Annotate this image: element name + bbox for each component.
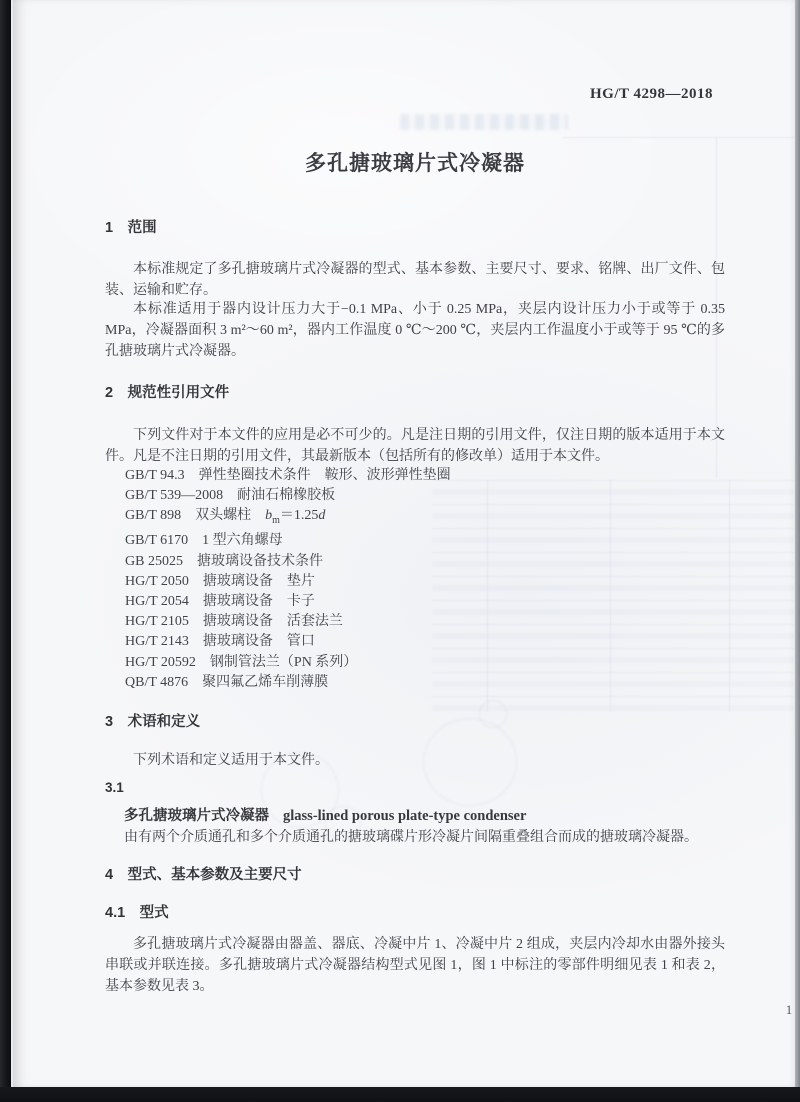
reference-item: GB/T 6170 1 型六角螺母: [125, 531, 745, 551]
section-1-heading: 1 范围: [105, 219, 725, 237]
section-4-heading: 4 型式、基本参数及主要尺寸: [105, 866, 725, 884]
formula-variable: d: [318, 508, 325, 523]
reference-item: GB/T 94.3 弹性垫圈技术条件 鞍形、波形弹性垫圈: [125, 466, 745, 486]
standard-code-header: HG/T 4298—2018: [105, 86, 725, 103]
term-definition: 由有两个介质通孔和多个介质通孔的搪玻璃碟片形冷凝片间隔重叠组合而成的搪玻璃冷凝器…: [105, 827, 725, 848]
reference-item: HG/T 2105 搪玻璃设备 活套法兰: [125, 612, 745, 632]
reference-item: GB 25025 搪玻璃设备技术条件: [125, 552, 745, 572]
bleed-through-text-smudge: [400, 114, 568, 130]
formula-equals: ＝1.25: [280, 508, 319, 523]
document-title: 多孔搪玻璃片式冷凝器: [105, 147, 725, 177]
section-3-heading: 3 术语和定义: [105, 713, 725, 731]
scope-paragraph-2: 本标准适用于器内设计压力大于−0.1 MPa、小于 0.25 MPa，夹层内设计…: [105, 299, 725, 362]
references-intro-paragraph: 下列文件对于本文件的应用是必不可少的。凡是注日期的引用文件，仅注日期的版本适用于…: [105, 425, 725, 467]
formula-subscript: m: [272, 515, 280, 526]
references-list: GB/T 94.3 弹性垫圈技术条件 鞍形、波形弹性垫圈 GB/T 539—20…: [105, 466, 745, 693]
reference-item: HG/T 2050 搪玻璃设备 垫片: [125, 572, 745, 592]
term-chinese: 多孔搪玻璃片式冷凝器: [124, 808, 269, 824]
type-paragraph: 多孔搪玻璃片式冷凝器由器盖、器底、冷凝中片 1、冷凝中片 2 组成，夹层内冷却水…: [105, 934, 725, 997]
reference-item: HG/T 20592 钢制管法兰（PN 系列）: [125, 653, 745, 673]
reference-item: HG/T 2054 搪玻璃设备 卡子: [125, 592, 745, 612]
reference-text: GB/T 898 双头螺柱: [125, 508, 265, 523]
bleed-through-table-line: [562, 137, 798, 138]
reference-item: QB/T 4876 聚四氟乙烯车削薄膜: [125, 673, 745, 693]
reference-item-gbt898: GB/T 898 双头螺柱 bm＝1.25d: [125, 506, 745, 531]
section-4-1-heading: 4.1 型式: [105, 904, 725, 922]
scope-paragraph-1: 本标准规定了多孔搪玻璃片式冷凝器的型式、基本参数、主要尺寸、要求、铭牌、出厂文件…: [105, 259, 725, 301]
term-english: glass-lined porous plate-type condenser: [283, 808, 526, 824]
reference-item: GB/T 539—2008 耐油石棉橡胶板: [125, 486, 745, 506]
page-number: 1: [769, 1002, 800, 1018]
term-entry: 多孔搪玻璃片式冷凝器glass-lined porous plate-type …: [105, 806, 725, 826]
reference-item: HG/T 2143 搪玻璃设备 管口: [125, 632, 745, 652]
terms-intro-paragraph: 下列术语和定义适用于本文件。: [105, 750, 725, 771]
document-page: HG/T 4298—2018 多孔搪玻璃片式冷凝器 1 范围 本标准规定了多孔搪…: [11, 0, 795, 1087]
term-number: 3.1: [105, 779, 725, 797]
section-2-heading: 2 规范性引用文件: [105, 384, 725, 402]
scan-bottom-edge: [0, 1087, 800, 1102]
